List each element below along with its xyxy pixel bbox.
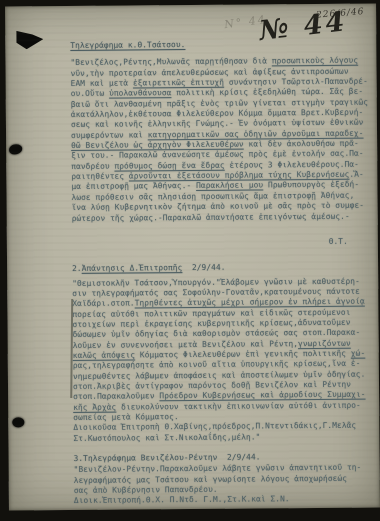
text-segment: Στ.Κωστόπουλος καὶ Στ.Νικολαΐδης,μέλη." (73, 432, 260, 442)
text-segment: Χαϊδάρι.στοπ. (72, 299, 134, 308)
text-segment: 2/9/44. (182, 263, 225, 272)
text-segment: ἀρνοῦνται ἐξετάσουν πρόβλημα τύχης Κυβερ… (129, 170, 350, 181)
text-segment: χώ- (351, 349, 365, 358)
text-segment: πρόθυμος δώσῃ ἕνα ἕδρας (114, 161, 224, 171)
text-segment: λεγραφήματός μας Τσάτσου καὶ γνωρίσητε λ… (74, 474, 347, 485)
text-segment: ραιτηθέντες (71, 172, 129, 181)
text-segment: Κόμματος Φιλελευθέρων ἐπὶ γενικῆς πολιτι… (135, 349, 351, 360)
typed-line: Στ.Κωστόπουλος καὶ Στ.Νικολαΐδης,μέλη." (73, 431, 377, 444)
text-segment: Ἀπάντησις Δ.Ἐπιτροπῆς (82, 263, 183, 273)
text-segment: κατηγορηματικῶν σας ὁδηγιῶν ἀρνοῦμαι παρ… (148, 128, 364, 139)
text-segment: σας ἀπὸ Κυβέρνησιν Παπανδρέου. (74, 485, 218, 495)
text-segment: Διοικοῦσα Ἐπιτροπὴ Θ.Χαβίνης,πρόεδρος,Π.… (73, 421, 356, 432)
text-segment: ου.Οὕτω (71, 89, 109, 98)
scan-background: 226/6/46 N° 44 № 44 Τηλεγράφημα κ.Θ.Τσάτ… (0, 0, 380, 521)
signature-initials: Θ.Τ. (72, 236, 376, 249)
text-segment: ἑτέρους 3 Φιλελευθέρους.Πα- (225, 159, 359, 169)
document-page: 226/6/46 N° 44 № 44 Τηλεγράφημα κ.Θ.Τσάτ… (5, 4, 380, 511)
text-segment: Διοικ.Ἐπιτροπή.Θ.Χ. Π.Ντδ. Γ.Μ.,Στ.Κ.καὶ… (74, 495, 290, 506)
text-segment: θῶ Βενιζέλου ὡς ἀρχηγὸν Φιλελευθέρων (71, 140, 244, 150)
text-segment: συμφερόντων καὶ (71, 130, 148, 140)
text-segment: διευκολύνουν τακτικὴν ἐπικοινωνίαν αὐτόθ… (116, 400, 361, 411)
text-segment: προσωπικοὺς λόγους (272, 56, 358, 66)
typed-line: Διοικ.Ἐπιτροπή.Θ.Χ. Π.Ντδ. Γ.Μ.,Στ.Κ.καὶ… (74, 494, 378, 507)
text-segment: καὶ δὲν ἀκολουθήσω πρᾶ- (244, 139, 359, 149)
text-segment: ξιν του.- Παρακαλῶ ἀνανεώσητε ἀμέσως πρὸ… (71, 149, 364, 160)
text-segment: σεως καὶ κοινῆς ἑλληνικῆς Γνώμης.- Ἐν ὀν… (71, 118, 364, 129)
text-segment: Τηλεγράφημα κ.Θ.Τσάτσου. (70, 40, 185, 50)
document-body: "Βενιζέλος,Ρέντης,Μυλωνᾶς παρῃτήθησαν δι… (70, 56, 378, 507)
text-segment: συνάντησιν Τσῶρτσιλ-Παπανδρέ- (224, 77, 368, 87)
text-segment: δώσωμεν ὑμῖν ὁδηγίας διὰ καθορισμὸν στάσ… (73, 328, 361, 339)
text-segment: Πρόεδρον Κυβερνήσεως καὶ ἁρμοδίους Συμμα… (159, 390, 365, 401)
text-segment: ρώτερον τῆς χώρας.-Παρακαλῶ ἀπαντήσατε ἐ… (72, 211, 350, 222)
text-segment: "Βενιζέλος,Ρέντης,Μυλωνᾶς παρῃτήθησαν δι… (70, 57, 271, 68)
text-segment: λοῦμεν ἐν συνεννοήσει μετὰ Βενιζέλου καὶ… (73, 339, 298, 350)
text-segment: μα ἐπιστροφῇ μας Ἀθήνας.- (71, 181, 196, 191)
typed-text-column: Τηλεγράφημα κ.Θ.Τσάτσου. "Βενιζέλος,Ρέντ… (70, 39, 378, 507)
text-segment: σωπείας μετὰ Κόμματος. (73, 412, 179, 422)
text-segment: Τηρηθέντες ἀτυχῶς μέχρι σήμερον ἐν πλήρε… (135, 297, 365, 308)
text-segment: καλῶς ἀπόψεις (73, 350, 135, 359)
text-segment: ἵνα λύσῃ Κυβερνητικὸν ζήτημα ἀπὸ κοινοῦ … (72, 201, 365, 212)
text-segment: ὑπολανθάνουσα (109, 89, 171, 98)
text-segment: .Ἅ- (349, 170, 363, 179)
hole-punch-dot (9, 144, 22, 154)
text-segment: "Θεμιστοκλῆν Τσάτσον,Ὑπουργόν."Ἐλάβομεν … (72, 276, 360, 287)
ink-blot-mark (16, 28, 43, 49)
text-segment: νημερωθέντες λάβωμεν ἀποφάσεις καὶ ἀποστ… (73, 369, 366, 380)
section-heading: 2.Ἀπάντησις Δ.Ἐπιτροπῆς 2/9/44. (72, 262, 376, 275)
text-segment: πορείας αὐτόθι πολιτικῶν πραγμάτων καὶ ε… (72, 307, 350, 318)
text-segment: ρας,τηλεγραφήσητε ἀπὸ κοινοῦ αἴτια ὑπουρ… (73, 359, 361, 370)
text-segment: νῦν,τὴν προτεραίαν ἀπελευθερώσεως καὶ ἀφ… (71, 66, 349, 77)
text-segment: ἐξαιρετικῶς ἐπιτυχῆ (133, 78, 224, 88)
text-segment: Παρακλήσει μου (196, 181, 263, 191)
text-segment: πανδρέου (71, 161, 114, 170)
hole-punch-dot (12, 417, 24, 427)
document-title: Τηλεγράφημα κ.Θ.Τσάτσου. (70, 39, 374, 52)
text-segment: στοπ.Παρακαλοῦμεν (73, 392, 159, 402)
text-segment: κῆς Ἀρχὰς (73, 402, 116, 411)
typed-line: ρώτερον τῆς χώρας.-Παρακαλῶ ἀπαντήσατε ἐ… (72, 211, 376, 224)
text-segment: 3.Τηλεγράφημα Βενιζέλου-Ρέντην 2/9/44. (74, 453, 261, 463)
text-segment: πολιτικὴ κρίσις ἐξεδηλώθη τώρα. Σᾶς βε- (171, 87, 363, 98)
text-segment: Πρωθυπουργὸς ἐξεδή- (263, 180, 359, 190)
text-segment: "Βενιζέλον-Ρέντην.Παρακαλοῦμεν λάβητε γν… (74, 463, 362, 474)
text-segment: ΕΑΜ καὶ μετὰ (71, 78, 133, 87)
text-segment: 2. (72, 264, 82, 273)
text-segment: γνωριζόντων (298, 338, 351, 347)
